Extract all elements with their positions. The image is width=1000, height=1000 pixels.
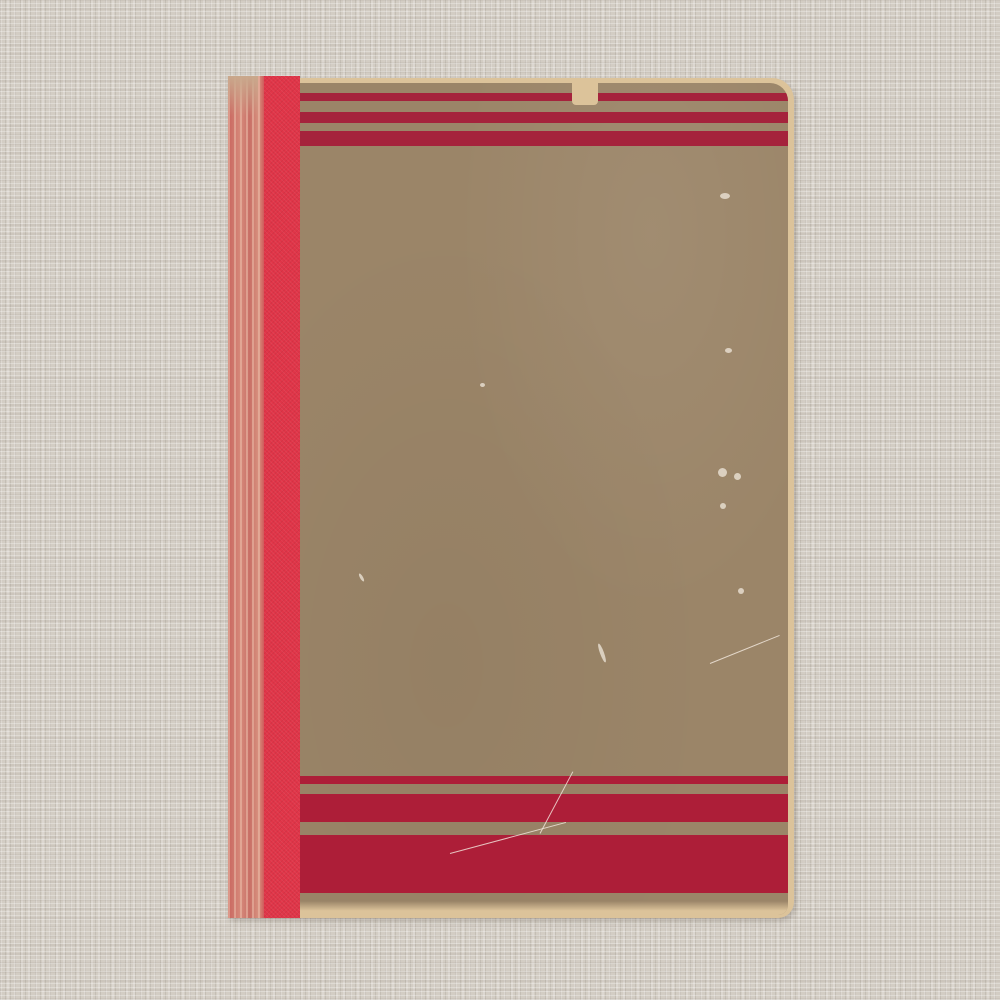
cover-scuff xyxy=(358,573,365,582)
cover-bottom-stripe-2 xyxy=(300,794,788,822)
book xyxy=(222,76,794,918)
book-front-cover xyxy=(300,83,788,915)
cover-scuff xyxy=(725,348,732,353)
cover-top-stripe-1 xyxy=(300,93,788,101)
cover-bottom-wear xyxy=(300,901,788,915)
cover-top-stripe-3 xyxy=(300,131,788,146)
cover-scuff xyxy=(597,643,608,663)
cover-scuff xyxy=(720,193,730,199)
cover-top-tear xyxy=(572,83,598,105)
spine-red-cloth xyxy=(264,76,300,918)
photo-scene xyxy=(0,0,1000,1000)
spine-torn-top xyxy=(228,76,258,116)
cover-scuff xyxy=(720,503,726,509)
cover-crack xyxy=(710,635,780,664)
cover-scuff xyxy=(738,588,744,594)
book-spine xyxy=(228,76,300,918)
cover-bottom-stripe-3 xyxy=(300,835,788,893)
cover-scuff xyxy=(734,473,741,480)
cover-scuff xyxy=(718,468,727,477)
cover-bottom-stripe-1 xyxy=(300,776,788,784)
cover-scuff xyxy=(480,383,485,387)
cover-top-stripe-2 xyxy=(300,112,788,123)
spine-faded-cloth xyxy=(228,76,264,918)
